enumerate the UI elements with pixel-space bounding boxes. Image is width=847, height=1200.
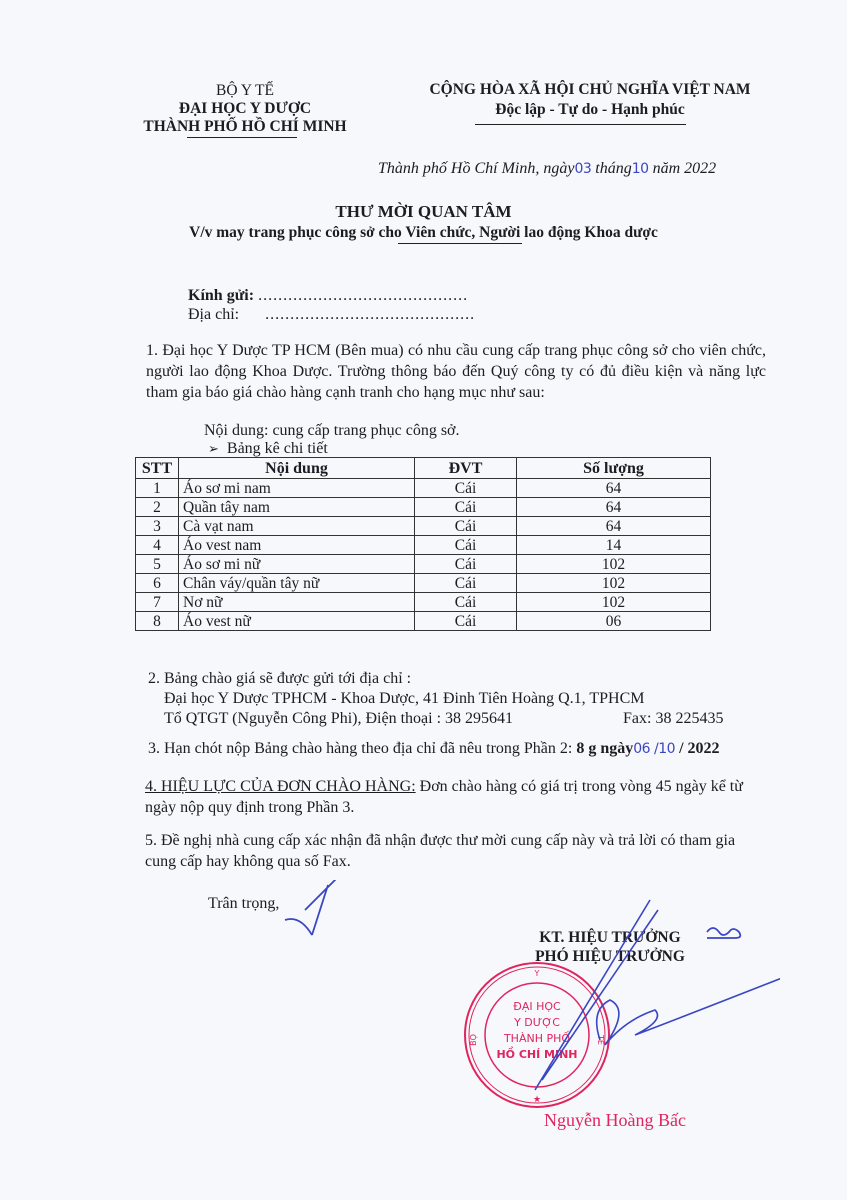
- col-header-content: Nội dung: [179, 458, 415, 479]
- motto-underline: [475, 124, 686, 125]
- item-quantity: 06: [517, 612, 711, 631]
- handwritten-deadline-day: 06: [633, 741, 650, 757]
- table-row: 7Nơ nữCái102: [136, 593, 711, 612]
- table-row: 6Chân váy/quần tây nữCái102: [136, 574, 711, 593]
- row-number: 3: [136, 517, 179, 536]
- item-name: Áo sơ mi nam: [179, 479, 415, 498]
- month-label: tháng: [595, 160, 631, 177]
- university-name-line1: ĐẠI HỌC Y DƯỢC: [120, 100, 370, 118]
- item-unit: Cái: [415, 517, 517, 536]
- nation-name: CỘNG HÒA XÃ HỘI CHỦ NGHĨA VIỆT NAM: [400, 80, 780, 100]
- signatory-name: Nguyễn Hoàng Bấc: [544, 1110, 686, 1131]
- table-row: 8Áo vest nữCái06: [136, 612, 711, 631]
- contact-line: Tổ QTGT (Nguyễn Công Phi), Điện thoại : …: [164, 708, 734, 729]
- item-unit: Cái: [415, 593, 517, 612]
- item-quantity: 102: [517, 574, 711, 593]
- svg-text:★: ★: [533, 1095, 541, 1105]
- svg-text:HỒ CHÍ MINH: HỒ CHÍ MINH: [496, 1046, 577, 1061]
- national-motto: Độc lập - Tự do - Hạnh phúc: [400, 100, 780, 120]
- section-3-deadline: 3. Hạn chót nộp Bảng chào hàng theo địa …: [148, 738, 720, 760]
- arrow-bullet-icon: ➢: [208, 442, 219, 457]
- col-header-quantity: Số lượng: [517, 458, 711, 479]
- table-row: 5Áo sơ mi nữCái102: [136, 555, 711, 574]
- col-header-unit: ĐVT: [415, 458, 517, 479]
- item-name: Cà vạt nam: [179, 517, 415, 536]
- issuer-header: BỘ Y TẾ ĐẠI HỌC Y DƯỢC THÀNH PHỐ HỒ CHÍ …: [120, 82, 370, 136]
- item-quantity: 64: [517, 479, 711, 498]
- contact-fax: Fax: 38 225435: [623, 708, 723, 729]
- item-unit: Cái: [415, 612, 517, 631]
- handwritten-day: 03: [574, 161, 591, 177]
- item-unit: Cái: [415, 555, 517, 574]
- deadline-time: 8 g ngày: [576, 740, 633, 757]
- svg-text:THÀNH PHỐ: THÀNH PHỐ: [503, 1031, 570, 1045]
- svg-text:ĐẠI HỌC: ĐẠI HỌC: [513, 1000, 561, 1013]
- year-label: năm 2022: [653, 160, 717, 177]
- section-1-text: 1. Đại học Y Dược TP HCM (Bên mua) có nh…: [146, 340, 766, 403]
- ministry-name: BỘ Y TẾ: [120, 82, 370, 100]
- university-name-line2: THÀNH PHỐ HỒ CHÍ MINH: [120, 118, 370, 136]
- subtitle-underline: [398, 243, 522, 244]
- item-quantity: 64: [517, 517, 711, 536]
- address-label: Địa chỉ:: [188, 306, 239, 323]
- recipient-line: Kính gửi: ..............................…: [188, 285, 468, 306]
- nation-header: CỘNG HÒA XÃ HỘI CHỦ NGHĨA VIỆT NAM Độc l…: [400, 80, 780, 120]
- address-line: Địa chỉ: ...............................…: [188, 304, 475, 325]
- row-number: 2: [136, 498, 179, 517]
- item-quantity: 64: [517, 498, 711, 517]
- item-quantity: 102: [517, 555, 711, 574]
- table-row: 4Áo vest namCái14: [136, 536, 711, 555]
- validity-label: 4. HIỆU LỰC CỦA ĐƠN CHÀO HÀNG:: [145, 778, 416, 795]
- item-unit: Cái: [415, 536, 517, 555]
- item-name: Áo sơ mi nữ: [179, 555, 415, 574]
- item-name: Áo vest nam: [179, 536, 415, 555]
- document-title: THƯ MỜI QUAN TÂM: [0, 202, 847, 222]
- contact-phone: Tổ QTGT (Nguyễn Công Phi), Điện thoại : …: [164, 710, 513, 727]
- section-4-validity: 4. HIỆU LỰC CỦA ĐƠN CHÀO HÀNG: Đơn chào …: [145, 776, 770, 818]
- address-blank: ........................................…: [265, 306, 475, 323]
- item-quantity: 102: [517, 593, 711, 612]
- svg-text:BỘ: BỘ: [467, 1034, 478, 1046]
- recipient-blank: ........................................…: [258, 287, 468, 304]
- item-name: Chân váy/quần tây nữ: [179, 574, 415, 593]
- table-row: 2Quần tây namCái64: [136, 498, 711, 517]
- row-number: 6: [136, 574, 179, 593]
- svg-text:Y DƯỢC: Y DƯỢC: [513, 1016, 560, 1029]
- table-header-row: STT Nội dung ĐVT Số lượng: [136, 458, 711, 479]
- row-number: 4: [136, 536, 179, 555]
- item-name: Nơ nữ: [179, 593, 415, 612]
- deadline-year: / 2022: [675, 740, 719, 757]
- delivery-address: Đại học Y Dược TPHCM - Khoa Dược, 41 Đin…: [164, 688, 644, 709]
- item-name: Quần tây nam: [179, 498, 415, 517]
- recipient-label: Kính gửi:: [188, 287, 254, 304]
- svg-text:Y: Y: [534, 969, 540, 978]
- initial-mark-icon: [285, 880, 340, 935]
- title-initial-icon: [707, 928, 740, 938]
- item-unit: Cái: [415, 498, 517, 517]
- row-number: 7: [136, 593, 179, 612]
- item-name: Áo vest nữ: [179, 612, 415, 631]
- row-number: 1: [136, 479, 179, 498]
- dateline-prefix: Thành phố Hồ Chí Minh, ngày: [378, 160, 574, 177]
- row-number: 5: [136, 555, 179, 574]
- item-unit: Cái: [415, 574, 517, 593]
- col-header-stt: STT: [136, 458, 179, 479]
- items-table: STT Nội dung ĐVT Số lượng 1Áo sơ mi namC…: [135, 457, 711, 631]
- dateline: Thành phố Hồ Chí Minh, ngày03 tháng10 nă…: [378, 160, 716, 178]
- item-quantity: 14: [517, 536, 711, 555]
- table-row: 1Áo sơ mi namCái64: [136, 479, 711, 498]
- header-underline: [187, 137, 297, 138]
- document-subtitle: V/v may trang phục công sở cho Viên chức…: [0, 224, 847, 242]
- deadline-text: 3. Hạn chót nộp Bảng chào hàng theo địa …: [148, 740, 576, 757]
- handwritten-deadline-month: 10: [658, 741, 675, 757]
- detail-list-label: Bảng kê chi tiết: [227, 440, 328, 457]
- item-unit: Cái: [415, 479, 517, 498]
- handwritten-month: 10: [632, 161, 649, 177]
- table-row: 3Cà vạt namCái64: [136, 517, 711, 536]
- row-number: 8: [136, 612, 179, 631]
- section-2-heading: 2. Bảng chào giá sẽ được gửi tới địa chỉ…: [148, 668, 411, 689]
- closing-salutation: Trân trọng,: [208, 893, 279, 914]
- svg-text:TẾ: TẾ: [596, 1034, 607, 1046]
- official-seal-stamp: Y BỘ TẾ ĐẠI HỌC Y DƯỢC THÀNH PHỐ HỒ CHÍ …: [462, 960, 612, 1110]
- section-5-request: 5. Đề nghị nhà cung cấp xác nhận đã nhận…: [145, 830, 770, 872]
- signatory-title-line1: KT. HIỆU TRƯỞNG: [510, 928, 710, 947]
